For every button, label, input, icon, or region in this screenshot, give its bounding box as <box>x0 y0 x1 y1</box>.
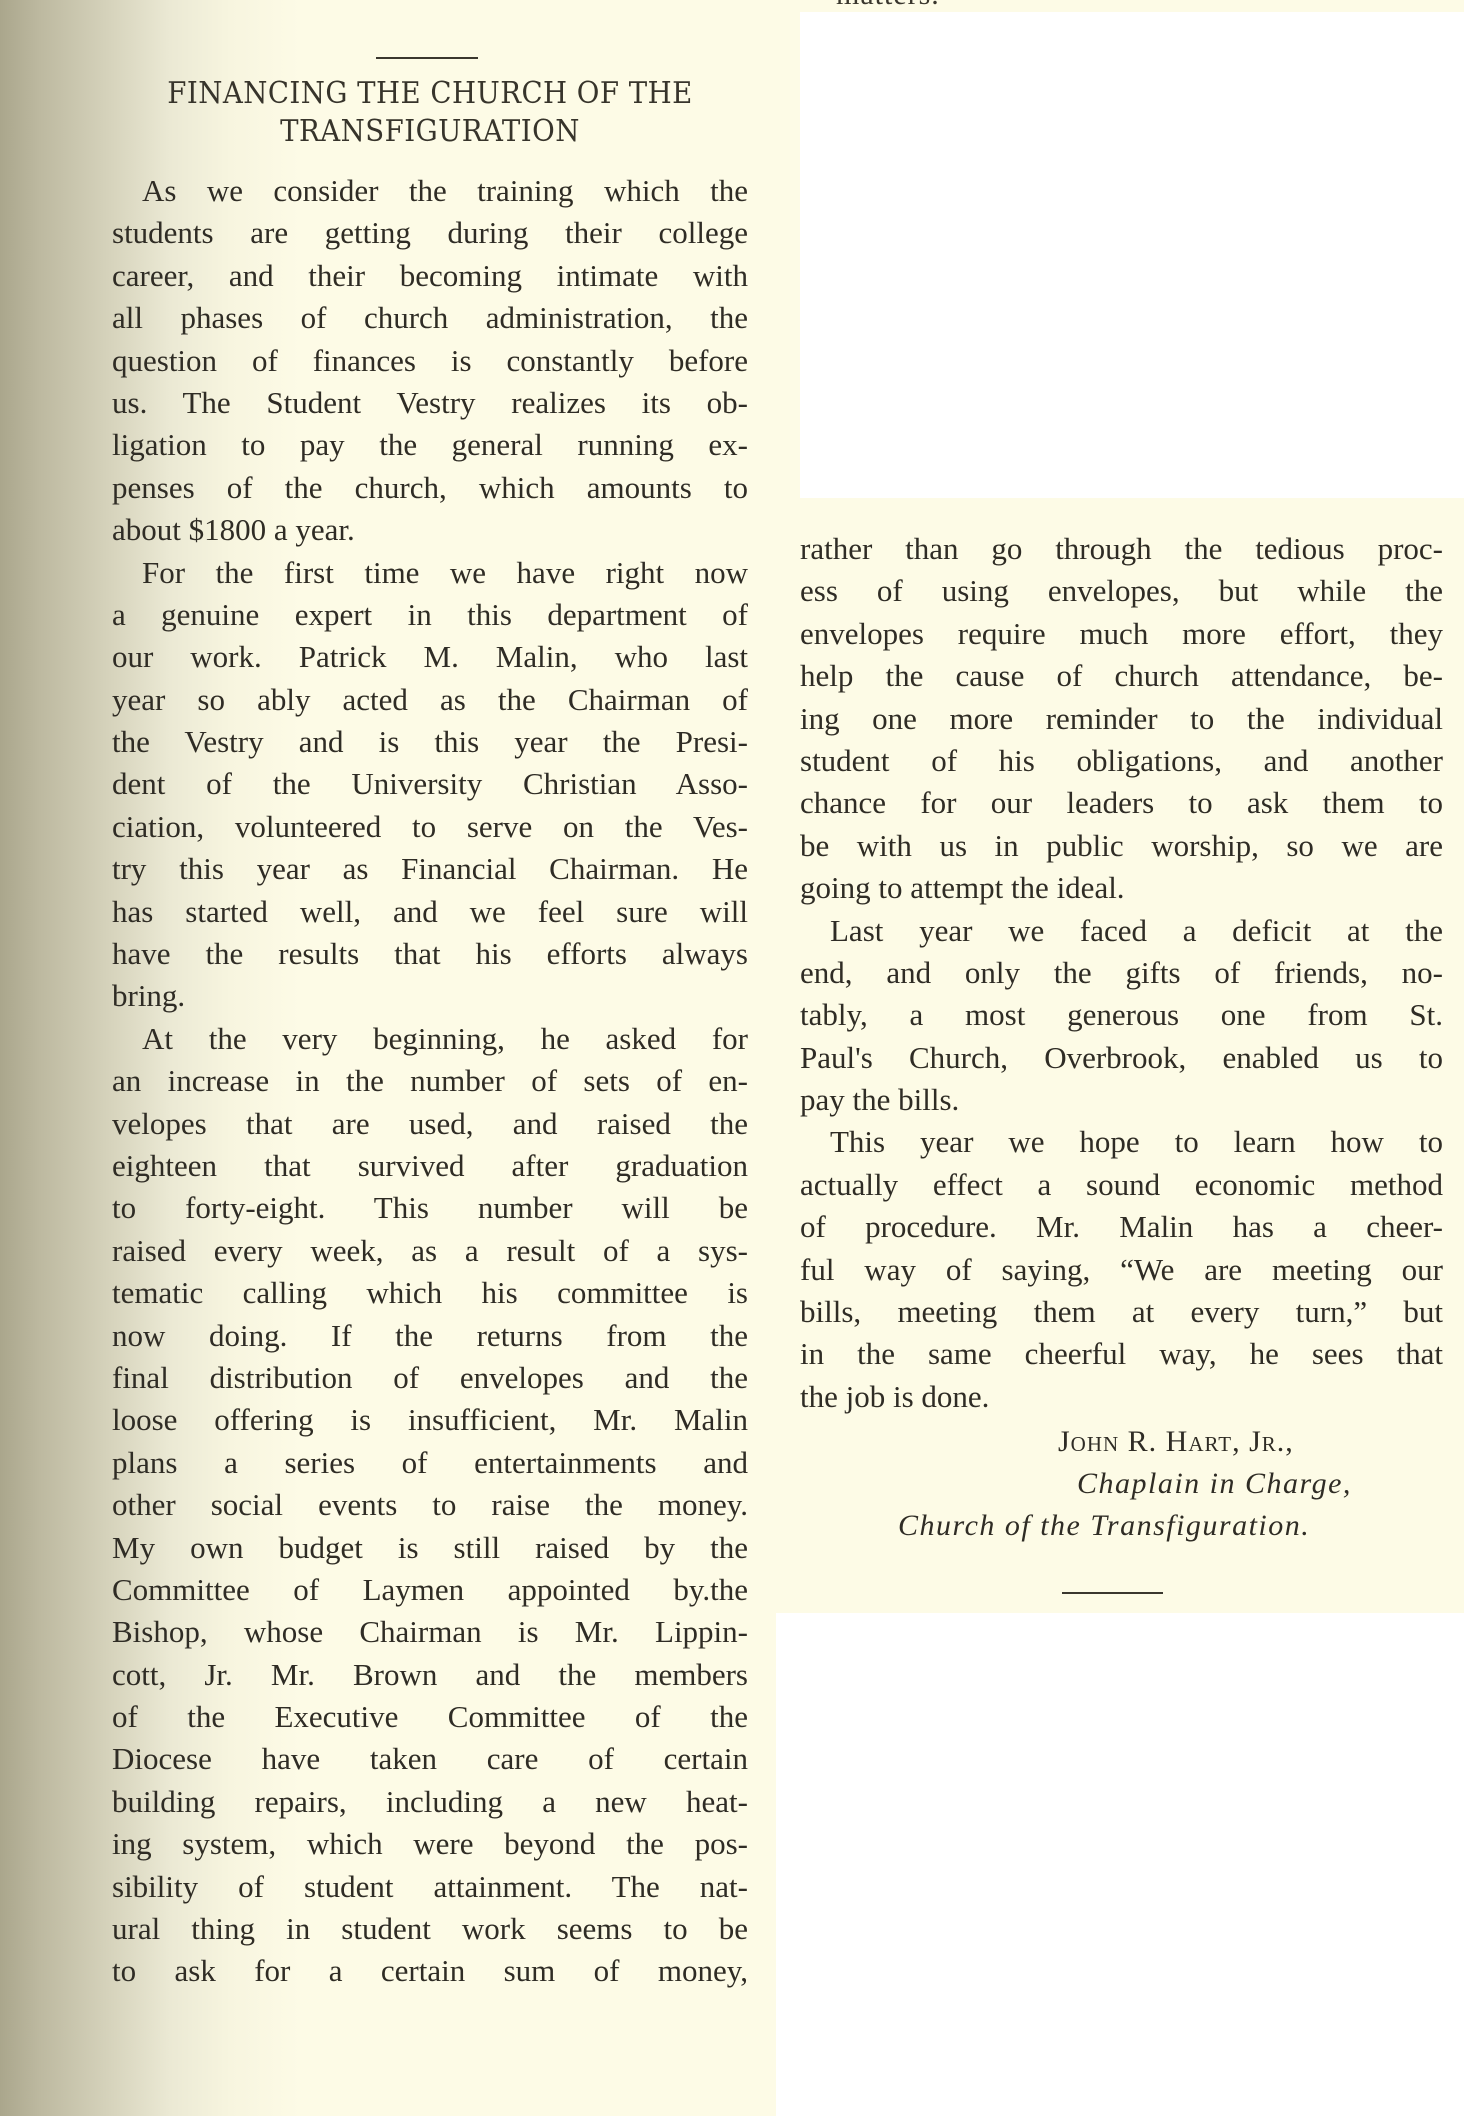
section-divider-top <box>376 57 478 59</box>
blank-region-top-right <box>800 12 1464 498</box>
section-divider-bottom <box>1062 1592 1163 1594</box>
text-line: has started well, and we feel sure will <box>112 891 748 933</box>
text-line: in the same cheerful way, he sees that <box>800 1333 1443 1375</box>
text-line: velopes that are used, and raised the <box>112 1103 748 1145</box>
text-line: final distribution of envelopes and the <box>112 1357 748 1399</box>
text-line: Bishop, whose Chairman is Mr. Lippin- <box>112 1611 748 1653</box>
text-line: dent of the University Christian Asso- <box>112 763 748 805</box>
text-line: ess of using envelopes, but while the <box>800 570 1443 612</box>
text-line: be with us in public worship, so we are <box>800 825 1443 867</box>
text-line: For the first time we have right now <box>112 552 748 594</box>
text-line: ing one more reminder to the individual <box>800 698 1443 740</box>
text-line: building repairs, including a new heat- <box>112 1781 748 1823</box>
text-line: ligation to pay the general running ex- <box>112 424 748 466</box>
text-line: ural thing in student work seems to be <box>112 1908 748 1950</box>
text-line: sibility of student attainment. The nat- <box>112 1866 748 1908</box>
text-line: to ask for a certain sum of money, <box>112 1950 748 1992</box>
text-line: At the very beginning, he asked for <box>112 1018 748 1060</box>
text-line: chance for our leaders to ask them to <box>800 782 1443 824</box>
text-line: My own budget is still raised by the <box>112 1527 748 1569</box>
text-line: of procedure. Mr. Malin has a cheer- <box>800 1206 1443 1248</box>
left-column-body: As we consider the training which the st… <box>112 170 748 1993</box>
text-line: end, and only the gifts of friends, no- <box>800 952 1443 994</box>
text-line: question of finances is constantly befor… <box>112 340 748 382</box>
text-line: bills, meeting them at every turn,” but <box>800 1291 1443 1333</box>
text-line: Committee of Laymen appointed by.the <box>112 1569 748 1611</box>
text-line: tably, a most generous one from St. <box>800 994 1443 1036</box>
text-line: penses of the church, which amounts to <box>112 467 748 509</box>
text-line: Paul's Church, Overbrook, enabled us to <box>800 1037 1443 1079</box>
text-line: have the results that his efforts always <box>112 933 748 975</box>
text-line: to forty-eight. This number will be <box>112 1187 748 1229</box>
article-title-line-1: FINANCING THE CHURCH OF THE <box>136 74 725 114</box>
text-line: the job is done. <box>800 1376 1443 1418</box>
text-line: ful way of saying, “We are meeting our <box>800 1249 1443 1291</box>
text-line: Last year we faced a deficit at the <box>800 910 1443 952</box>
signature-name: John R. Hart, Jr., <box>1058 1421 1294 1463</box>
right-column-body: rather than go through the tedious proc-… <box>800 528 1443 1418</box>
text-line: student of his obligations, and another <box>800 740 1443 782</box>
text-line: eighteen that survived after graduation <box>112 1145 748 1187</box>
text-line: try this year as Financial Chairman. He <box>112 848 748 890</box>
text-line: us. The Student Vestry realizes its ob- <box>112 382 748 424</box>
text-line: raised every week, as a result of a sys- <box>112 1230 748 1272</box>
text-line: ing system, which were beyond the pos- <box>112 1823 748 1865</box>
text-line: cott, Jr. Mr. Brown and the members <box>112 1654 748 1696</box>
signature-organization: Church of the Transfiguration. <box>898 1505 1310 1547</box>
top-strip-right: matters. <box>776 0 1464 12</box>
text-line: of the Executive Committee of the <box>112 1696 748 1738</box>
text-line: year so ably acted as the Chairman of <box>112 679 748 721</box>
text-line: This year we hope to learn how to <box>800 1121 1443 1163</box>
text-line: Diocese have taken care of certain <box>112 1738 748 1780</box>
text-line: pay the bills. <box>800 1079 1443 1121</box>
text-line: career, and their becoming intimate with <box>112 255 748 297</box>
text-line: As we consider the training which the <box>112 170 748 212</box>
text-line: going to attempt the ideal. <box>800 867 1443 909</box>
signature-title: Chaplain in Charge, <box>1077 1463 1352 1505</box>
text-line: ciation, volunteered to serve on the Ves… <box>112 806 748 848</box>
text-line: other social events to raise the money. <box>112 1484 748 1526</box>
text-line: plans a series of entertainments and <box>112 1442 748 1484</box>
text-line: bring. <box>112 975 748 1017</box>
article-title-line-2: TRANSFIGURATION <box>136 112 725 152</box>
text-line: an increase in the number of sets of en- <box>112 1060 748 1102</box>
text-line: tematic calling which his committee is <box>112 1272 748 1314</box>
clipped-previous-text: matters. <box>836 0 940 12</box>
text-line: about $1800 a year. <box>112 509 748 551</box>
text-line: the Vestry and is this year the Presi- <box>112 721 748 763</box>
text-line: loose offering is insufficient, Mr. Mali… <box>112 1399 748 1441</box>
text-line: a genuine expert in this department of <box>112 594 748 636</box>
text-line: rather than go through the tedious proc- <box>800 528 1443 570</box>
text-line: help the cause of church attendance, be- <box>800 655 1443 697</box>
text-line: actually effect a sound economic method <box>800 1164 1443 1206</box>
text-line: our work. Patrick M. Malin, who last <box>112 636 748 678</box>
gutter-strip <box>776 12 800 498</box>
text-line: students are getting during their colleg… <box>112 212 748 254</box>
text-line: all phases of church administration, the <box>112 297 748 339</box>
text-line: envelopes require much more effort, they <box>800 613 1443 655</box>
text-line: now doing. If the returns from the <box>112 1315 748 1357</box>
